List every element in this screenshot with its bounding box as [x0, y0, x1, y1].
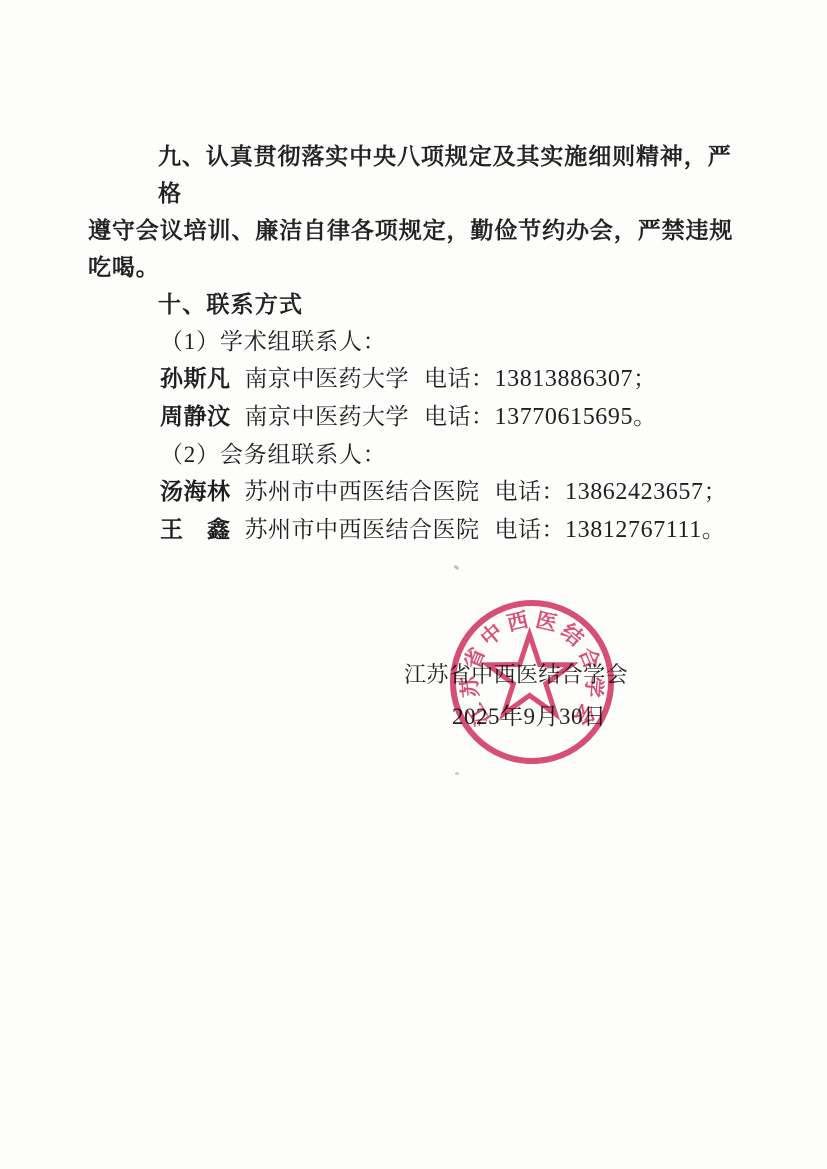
contact-row: 周静汶南京中医药大学电话：13770615695。: [88, 398, 738, 436]
contact-row: 王 鑫苏州市中西医结合医院电话：13812767111。: [88, 511, 738, 549]
seal-char: 合: [574, 643, 605, 674]
punctuation: ；: [633, 366, 657, 391]
punctuation: ；: [704, 479, 728, 504]
phone-number: 13862423657: [565, 479, 704, 505]
contact-row: 汤海林苏州市中西医结合医院电话：13862423657；: [88, 473, 738, 511]
contact-org: 南京中医药大学: [245, 404, 410, 429]
phone-number: 13812767111: [565, 517, 702, 543]
contact-org: 南京中医药大学: [245, 366, 410, 391]
seal-char: 西: [503, 607, 532, 636]
punctuation: 。: [702, 517, 726, 542]
phone-label: 电话：: [495, 517, 566, 542]
paragraph-nine-line: 遵守会议培训、廉洁自律各项规定，勤俭节约办会，严禁违规: [88, 212, 738, 249]
document-body: 九、认真贯彻落实中央八项规定及其实施细则精神，严格 遵守会议培训、廉洁自律各项规…: [88, 138, 738, 549]
paragraph-nine-line: 九、认真贯彻落实中央八项规定及其实施细则精神，严格: [88, 138, 738, 212]
contact-row: 孙斯凡南京中医药大学电话：13813886307；: [88, 360, 738, 398]
contact-name: 周静汶: [160, 404, 231, 429]
seal-ring-text: 江 苏 省 中 西 医 结 合 学 会: [450, 600, 614, 764]
official-seal: 江 苏 省 中 西 医 结 合 学 会: [450, 600, 614, 764]
contact-name: 孙斯凡: [160, 366, 231, 391]
phone-number: 13770615695: [495, 404, 634, 430]
section-ten-heading: 十、联系方式: [88, 286, 738, 323]
scan-speck: [455, 772, 459, 775]
contact-name: 王 鑫: [160, 517, 231, 542]
phone-label: 电话：: [424, 366, 495, 391]
document-page: 九、认真贯彻落实中央八项规定及其实施细则精神，严格 遵守会议培训、廉洁自律各项规…: [0, 0, 827, 1169]
academic-group-label: （1）学术组联系人：: [88, 323, 738, 360]
scan-speck: [454, 565, 460, 570]
seal-char: 医: [532, 607, 561, 636]
phone-label: 电话：: [424, 404, 495, 429]
contact-org: 苏州市中西医结合医院: [245, 479, 480, 504]
affairs-group-label: （2）会务组联系人：: [88, 436, 738, 473]
seal-char: 江: [463, 698, 496, 731]
contact-org: 苏州市中西医结合医院: [245, 517, 480, 542]
seal-char: 学: [581, 674, 607, 700]
seal-char: 苏: [457, 674, 483, 700]
contact-name: 汤海林: [160, 479, 231, 504]
seal-char: 会: [568, 698, 601, 731]
punctuation: 。: [633, 404, 657, 429]
phone-number: 13813886307: [495, 366, 634, 392]
paragraph-nine-line: 吃喝。: [88, 249, 738, 286]
phone-label: 电话：: [495, 479, 566, 504]
